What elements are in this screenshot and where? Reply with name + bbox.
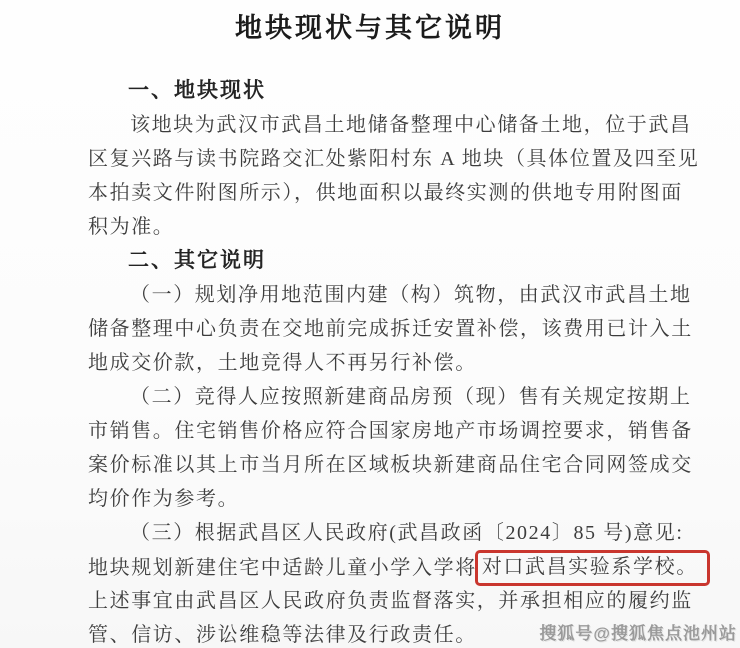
highlighted-text: 对口武昌实验系学校。 (482, 556, 698, 578)
text-line: 地成交价款，土地竞得人不再另行补偿。 (88, 346, 698, 380)
text-line: 市销售。住宅销售价格应符合国家房地产市场调控要求，销售备 (88, 414, 698, 448)
text-line: 该地块为武汉市武昌土地储备整理中心储备土地，位于武昌 (88, 108, 698, 142)
text-before-highlight: 地块规划新建住宅中适龄儿童小学入学将 (88, 557, 477, 579)
text-line-with-highlight: 地块规划新建住宅中适龄儿童小学入学将对口武昌实验系学校。 (88, 550, 698, 584)
document-title: 地块现状与其它说明 (0, 6, 740, 45)
text-line: 均价作为参考。 (88, 482, 698, 516)
section-heading-land-status: 一、地块现状 (88, 74, 698, 108)
text-line: （二）竞得人应按照新建商品房预（现）售有关规定按期上 (88, 380, 698, 414)
text-line: （三）根据武昌区人民政府(武昌政函〔2024〕85 号)意见: (88, 516, 698, 550)
document-page: 地块现状与其它说明 一、地块现状 该地块为武汉市武昌土地储备整理中心储备土地，位… (0, 0, 740, 648)
text-line: 上述事宜由武昌区人民政府负责监督落实，并承担相应的履约监 (88, 584, 698, 618)
text-line: 案价标准以其上市当月所在区域板块新建商品住宅合同网签成交 (88, 448, 698, 482)
red-highlight-box: 对口武昌实验系学校。 (475, 550, 710, 586)
section-heading-other-notes: 二、其它说明 (88, 244, 698, 278)
text-line: 积为准。 (88, 210, 698, 244)
watermark: 搜狐号@搜狐焦点池州站 (539, 619, 737, 644)
text-line: （一）规划净用地范围内建（构）筑物，由武汉市武昌土地 (88, 278, 698, 312)
document-body: 一、地块现状 该地块为武汉市武昌土地储备整理中心储备土地，位于武昌 区复兴路与读… (88, 74, 698, 648)
text-line: 储备整理中心负责在交地前完成拆迁安置补偿，该费用已计入土 (88, 312, 698, 346)
text-line: 本拍卖文件附图所示），供地面积以最终实测的供地专用附图面 (88, 176, 698, 210)
text-line: 区复兴路与读书院路交汇处紫阳村东 A 地块（具体位置及四至见 (88, 142, 698, 176)
